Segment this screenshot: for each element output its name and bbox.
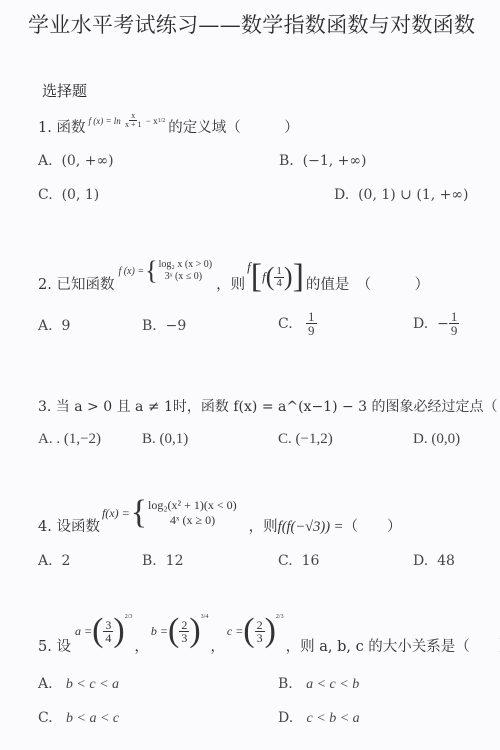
q4-option-b[interactable]: B. 12 [142, 553, 183, 569]
question-4: 4. 设函数 f(x) = { log₂(x² + 1)(x < 0) 4ˣ (… [38, 494, 401, 538]
q2-option-a[interactable]: A. 9 [38, 318, 70, 334]
q1-option-d[interactable]: D. (0, 1) ∪ (1, +∞) [334, 187, 469, 203]
q1-option-a[interactable]: A. (0, +∞) [38, 153, 114, 169]
question-5-suffix: ，则 a, b, c 的大小关系是（ ） [286, 635, 500, 656]
section-heading: 选择题 [42, 80, 87, 101]
q3-option-a[interactable]: A. . (1,−2) [38, 431, 101, 448]
q2-option-b[interactable]: B. −9 [142, 318, 186, 334]
question-5-prefix: 5. 设 [38, 635, 71, 656]
question-5: 5. 设 a = (34) 2/3 ， b = (23) 3/4 ， c = (… [38, 614, 500, 658]
q1-option-c[interactable]: C. (0, 1) [38, 187, 99, 203]
q2-option-c[interactable]: C. 19 [278, 310, 317, 337]
brace-icon: { [131, 494, 147, 532]
q5-option-c[interactable]: C. b < a < c [38, 710, 119, 727]
q2-option-d[interactable]: D. −19 [413, 310, 459, 337]
q4-option-d[interactable]: D. 48 [413, 553, 455, 569]
q5-option-a[interactable]: A. b < c < a [38, 676, 119, 693]
q3-option-d[interactable]: D. (0,0) [413, 431, 460, 448]
question-2-prefix: 2. 已知函数 [38, 273, 114, 294]
brace-icon: { [145, 256, 157, 286]
question-5-formula: a = (34) 2/3 [75, 614, 132, 648]
question-1: 1. 函数 f (x) = ln xx + 1 − x1/2 的定义域（ ） [38, 116, 299, 137]
question-2: 2. 已知函数 f (x) = { log₂ x (x > 0) 3ˣ (x ≤… [38, 256, 429, 296]
q1-option-b[interactable]: B. (−1, +∞) [279, 153, 367, 169]
question-1-formula: f (x) = ln xx + 1 − x1/2 [88, 112, 165, 129]
q4-option-c[interactable]: C. 16 [278, 553, 319, 569]
question-2-suffix: 的值是 （ ） [306, 273, 429, 294]
question-2-formula: f (x) = { log₂ x (x > 0) 3ˣ (x ≤ 0) [118, 256, 212, 286]
question-4-formula: f(x) = { log₂(x² + 1)(x < 0) 4ˣ (x ≥ 0) [102, 494, 237, 532]
question-1-suffix: 的定义域（ ） [168, 116, 299, 137]
question-3: 3. 当 a > 0 且 a ≠ 1时，函数 f(x) = a^(x−1) − … [38, 396, 500, 416]
question-2-ff: f [ f ( 14 ) ] [247, 258, 304, 296]
page-title: 学业水平考试练习——数学指数函数与对数函数 [28, 9, 475, 39]
q5-option-b[interactable]: B. a < c < b [278, 676, 359, 693]
q3-option-b[interactable]: B. (0,1) [142, 431, 188, 448]
question-4-prefix: 4. 设函数 [38, 515, 100, 536]
q5-option-d[interactable]: D. c < b < a [278, 710, 360, 727]
question-1-prefix: 1. 函数 [38, 116, 85, 137]
q3-option-c[interactable]: C. (−1,2) [278, 431, 333, 448]
q4-option-a[interactable]: A. 2 [38, 553, 70, 569]
